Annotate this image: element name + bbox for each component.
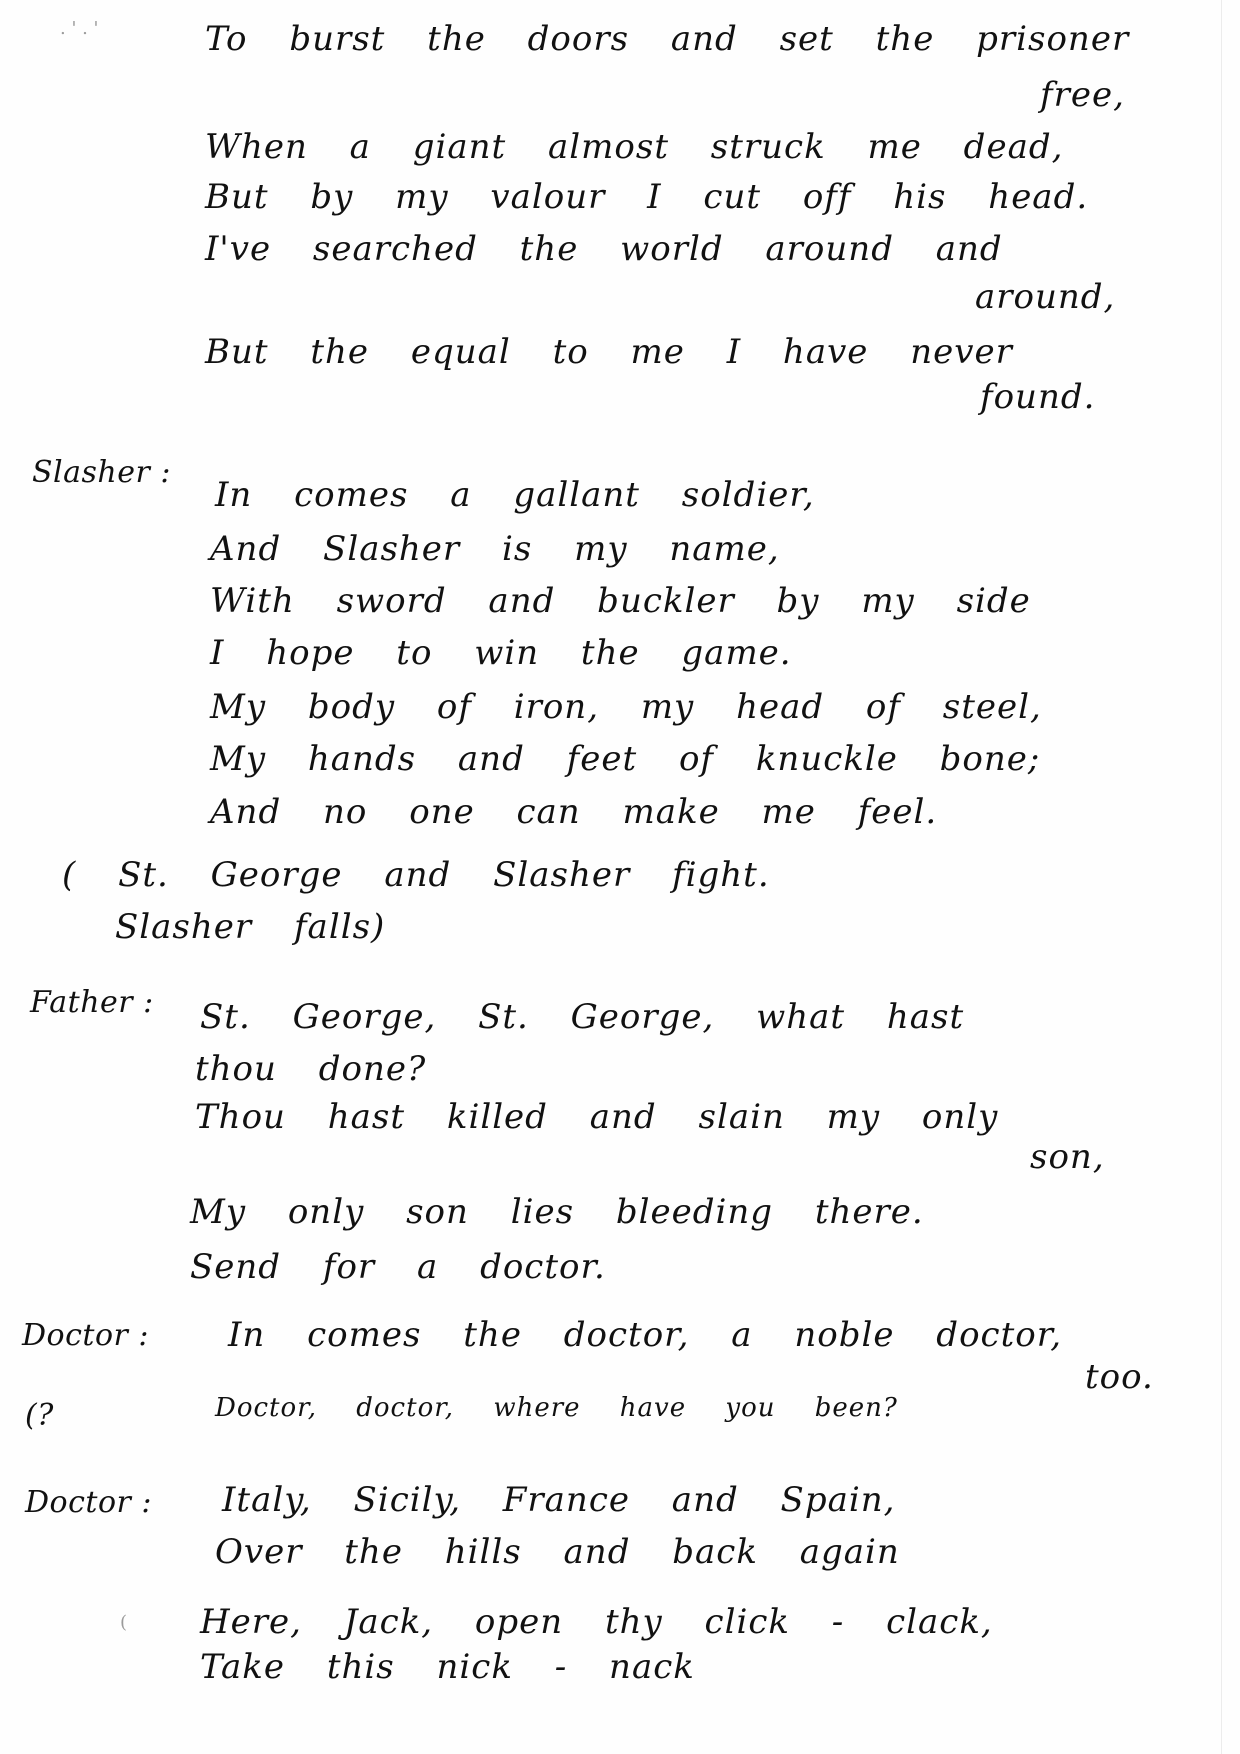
verse-line: Thou hast killed and slain my only: [195, 1100, 998, 1134]
speaker-label: Father :: [30, 985, 154, 1020]
verse-line: free,: [1040, 78, 1125, 112]
verse-line: Send for a doctor.: [190, 1250, 606, 1284]
verse-line: I hope to win the game.: [210, 636, 792, 670]
verse-line: I've searched the world around and: [205, 232, 1003, 266]
verse-line: In comes the doctor, a noble doctor,: [228, 1318, 1062, 1352]
stage-direction: Slasher falls): [115, 910, 385, 944]
verse-line: And Slasher is my name,: [210, 532, 780, 566]
verse-line: With sword and buckler by my side: [210, 584, 1031, 618]
verse-line: found.: [980, 380, 1095, 414]
verse-line: Doctor, doctor, where have you been?: [215, 1395, 898, 1421]
speaker-label: Doctor :: [22, 1318, 149, 1353]
verse-line: But the equal to me I have never: [205, 335, 1013, 369]
verse-line: around,: [975, 280, 1115, 314]
stage-direction: ( St. George and Slasher fight.: [62, 858, 770, 892]
speaker-label: (?: [25, 1398, 54, 1433]
verse-line: But by my valour I cut off his head.: [205, 180, 1088, 214]
handwritten-page: . ' . ' To burst the doors and set the p…: [0, 0, 1240, 1754]
verse-line: To burst the doors and set the prisoner: [205, 22, 1129, 56]
verse-line: When a giant almost struck me dead,: [205, 130, 1063, 164]
verse-line: In comes a gallant soldier,: [215, 478, 815, 512]
verse-line: son,: [1030, 1140, 1105, 1174]
verse-line: My body of iron, my head of steel,: [210, 690, 1042, 724]
verse-line: Italy, Sicily, France and Spain,: [222, 1483, 895, 1517]
verse-line: My hands and feet of knuckle bone;: [210, 742, 1040, 776]
verse-line: Over the hills and back again: [215, 1535, 900, 1569]
verse-line: And no one can make me feel.: [210, 795, 937, 829]
verse-line: Here, Jack, open thy click - clack,: [200, 1605, 993, 1639]
speaker-label: Slasher :: [32, 455, 171, 490]
verse-line: too.: [1085, 1360, 1154, 1394]
margin-mark: (: [120, 1612, 127, 1633]
page-edge: [1221, 0, 1222, 1754]
verse-line: Take this nick - nack: [200, 1650, 695, 1684]
verse-line: My only son lies bleeding there.: [190, 1195, 924, 1229]
verse-line: thou done?: [195, 1052, 426, 1086]
verse-line: St. George, St. George, what hast: [200, 1000, 964, 1034]
speaker-label: Doctor :: [25, 1485, 152, 1520]
margin-mark: . ' . ': [60, 18, 99, 39]
